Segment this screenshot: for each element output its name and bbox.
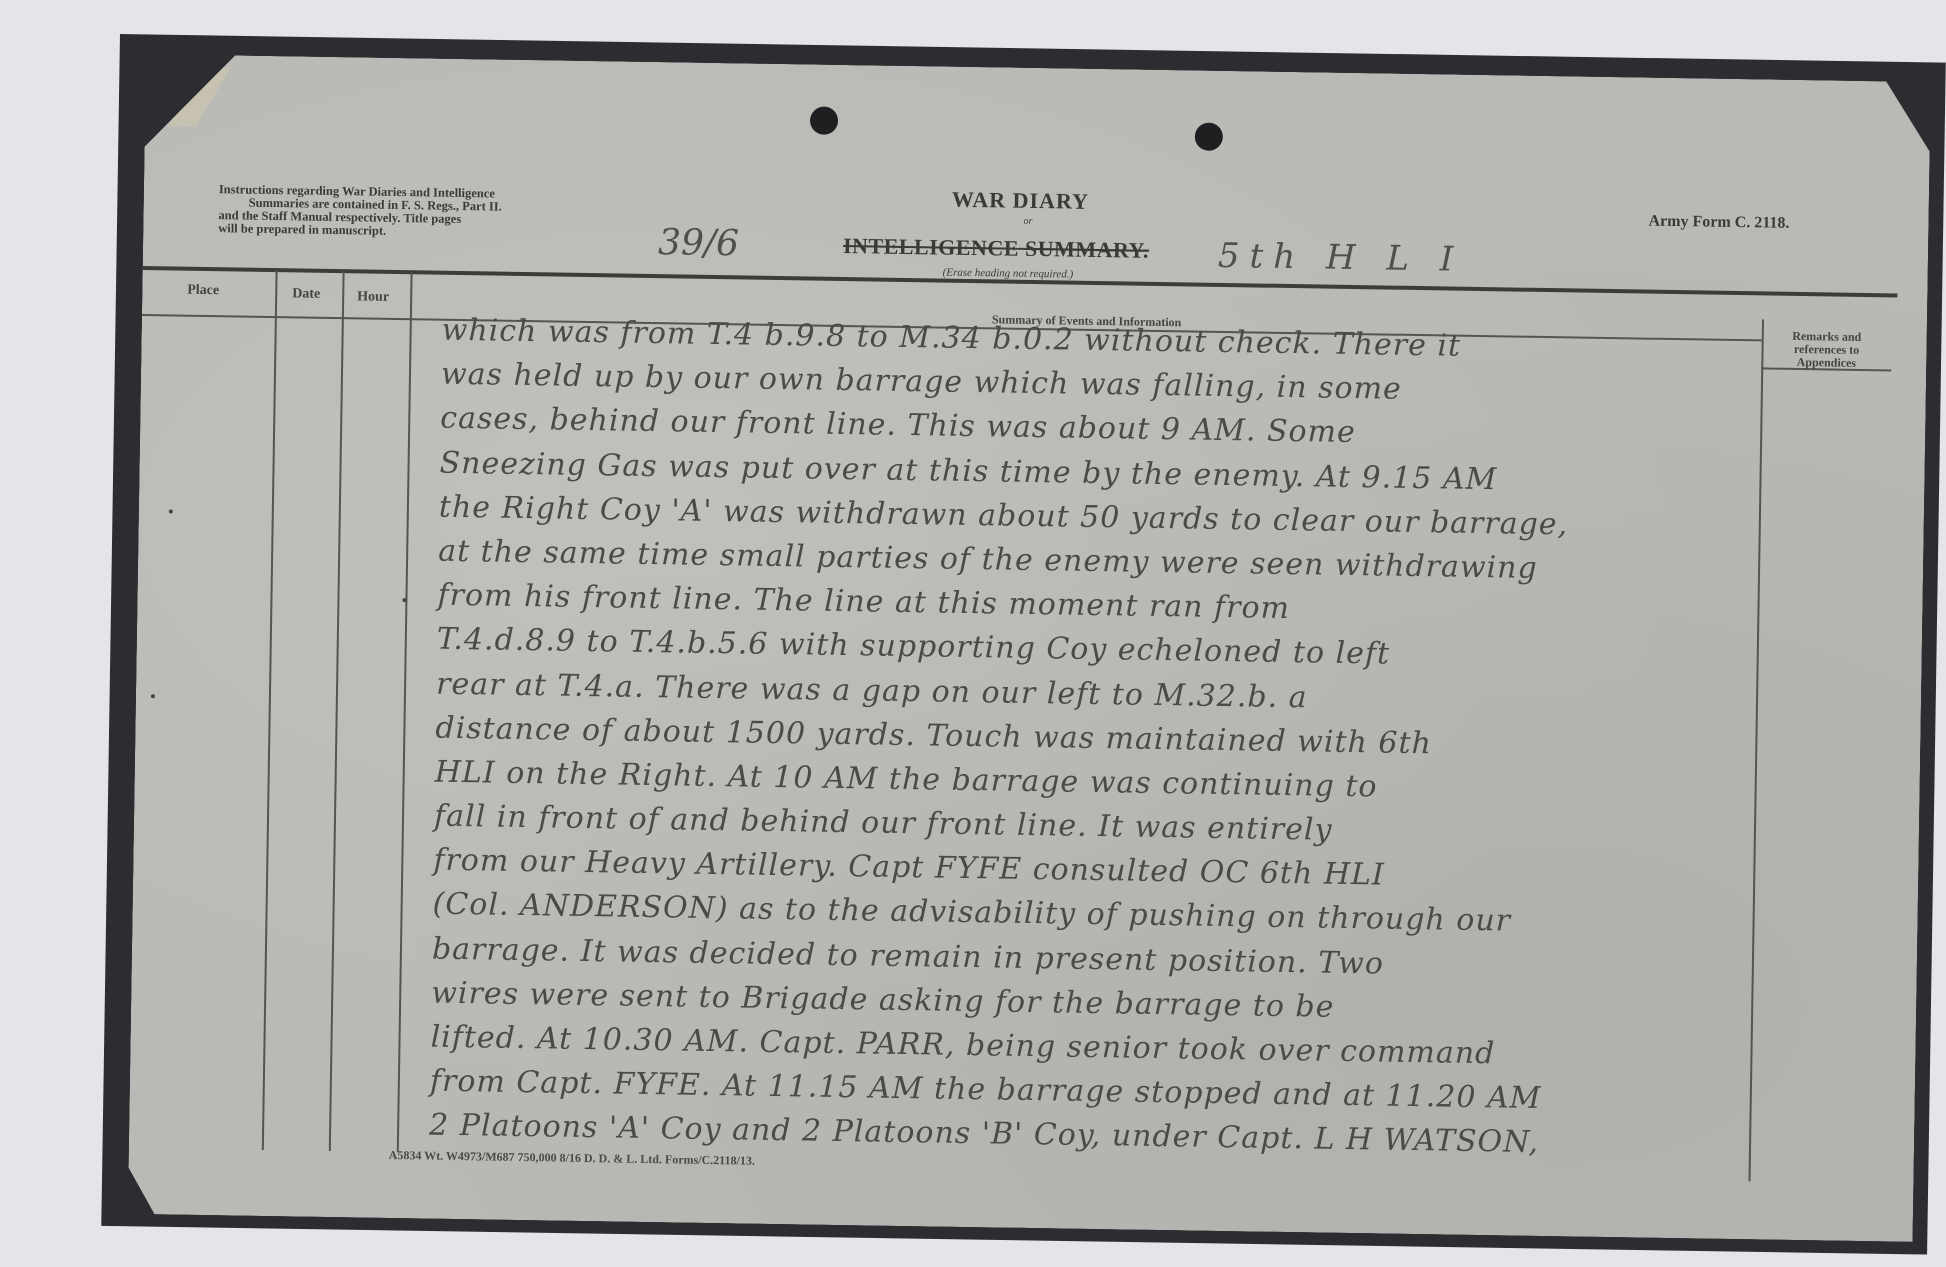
margin-mark <box>151 694 155 698</box>
title-intelligence: INTELLIGENCE <box>843 233 1019 261</box>
column-divider-hour-summary <box>397 272 413 1152</box>
margin-mark <box>402 598 406 602</box>
instructions-block: Instructions regarding War Diaries and I… <box>218 183 649 242</box>
column-header-place: Place <box>187 283 219 299</box>
title-intelligence-summary: INTELLIGENCE SUMMARY. <box>843 233 1149 264</box>
title-or: or <box>1023 216 1032 227</box>
title-summary: SUMMARY. <box>1025 236 1149 263</box>
punch-hole-left <box>810 106 838 134</box>
summary-of-events: which was from T.4 b.9.8 to M.34 b.0.2 w… <box>429 309 1752 1169</box>
margin-mark <box>169 509 173 513</box>
form-number: Army Form C. 2118. <box>1648 213 1789 233</box>
column-header-date: Date <box>292 286 320 302</box>
title-war-diary: WAR DIARY <box>952 187 1090 215</box>
war-diary-page: Instructions regarding War Diaries and I… <box>128 54 1931 1242</box>
unit-name: 5th H L I <box>1218 236 1464 280</box>
column-divider-place-date <box>262 270 278 1150</box>
column-header-remarks: Remarks and references to Appendices <box>1771 330 1882 371</box>
punch-hole-right <box>1195 122 1223 150</box>
column-divider-summary-remarks <box>1748 319 1764 1181</box>
column-header-hour: Hour <box>357 289 389 305</box>
reference-number: 39/6 <box>658 222 739 264</box>
column-divider-date-hour <box>329 271 345 1151</box>
